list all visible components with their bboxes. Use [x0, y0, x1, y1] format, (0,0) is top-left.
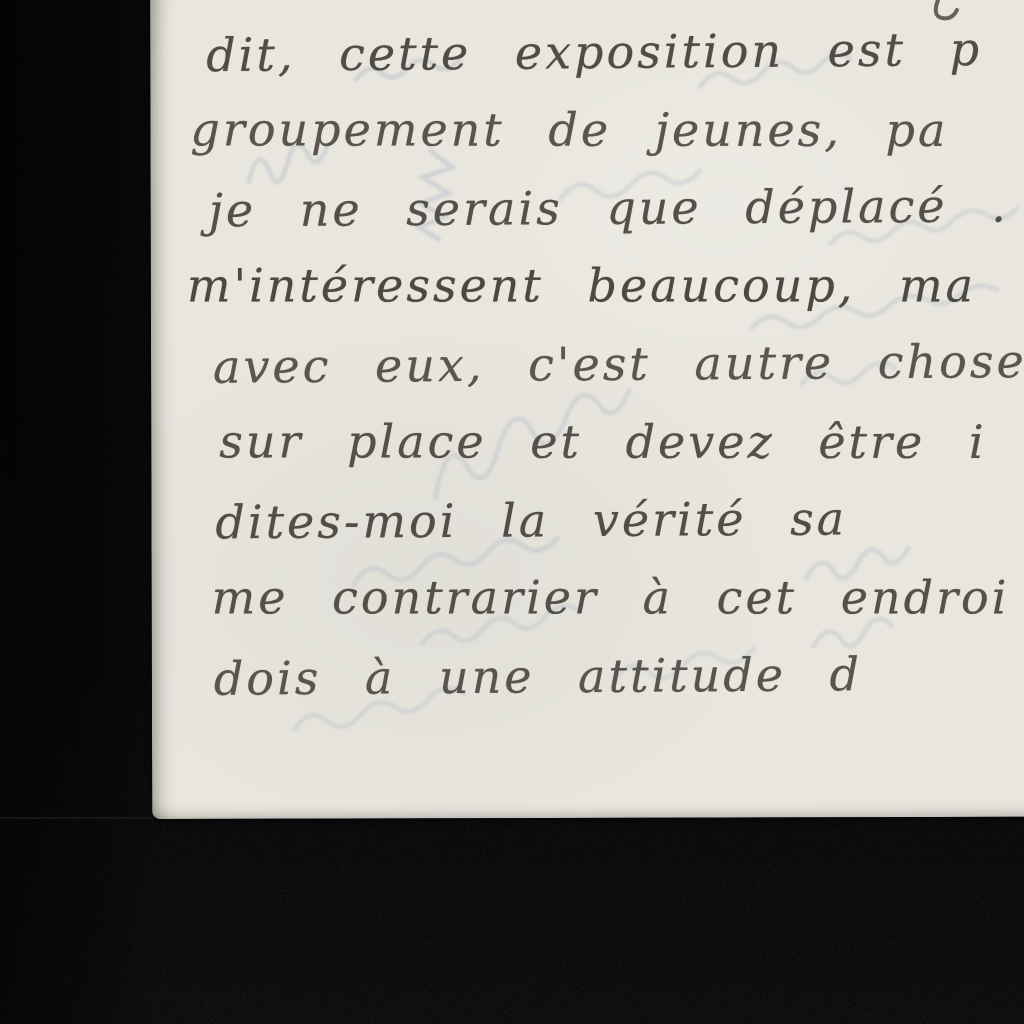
left-shadow-strip: [0, 0, 154, 1024]
handwritten-line-2: groupement de jeunes, pa: [190, 92, 1024, 171]
handwritten-line-4: m'intéressent beaucoup, ma: [187, 249, 1024, 327]
photograph-scene: dit, cette exposition est p groupement d…: [0, 0, 1024, 1024]
handwritten-line-6: sur place et devez être i: [219, 404, 1024, 483]
backdrop-seam-line: [0, 817, 154, 819]
handwritten-line-7: dites-moi la vérité sa: [215, 480, 1024, 563]
handwritten-line-1: dit, cette exposition est p: [206, 11, 1024, 96]
handwritten-line-3: je ne serais que déplacé .: [208, 168, 1024, 251]
handwritten-line-9: dois à une attitude d: [214, 636, 1024, 720]
handwriting-text-block: dit, cette exposition est p groupement d…: [150, 0, 1024, 718]
handwritten-line-8: me contrarier à cet endroi: [212, 561, 1024, 639]
handwritten-line-5: avec eux, c'est autre chose: [213, 324, 1024, 408]
letter-paper: dit, cette exposition est p groupement d…: [150, 0, 1024, 819]
